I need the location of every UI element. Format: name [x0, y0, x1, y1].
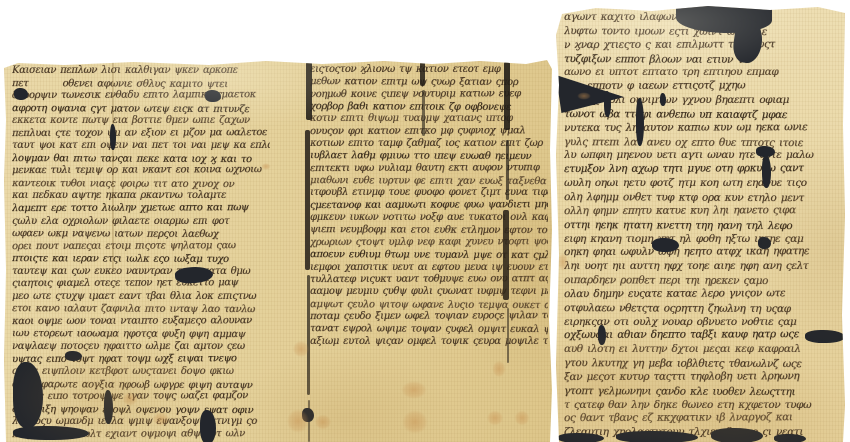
vertical-crack [504, 62, 510, 130]
damage-hole [758, 237, 771, 249]
stain [512, 408, 532, 428]
stain [260, 162, 272, 171]
damage-hole [14, 88, 28, 100]
script-line: εκκετα κοντε πωτψ εια βοττιε θμεν ωπιε ζ… [12, 115, 270, 128]
damage-hole [110, 124, 116, 150]
script-line: ααμοψ μευμιυ ςυθψ φυλι ςυωνατ ιυφμψ τεφν… [310, 286, 548, 298]
damage-hole [558, 433, 604, 442]
script-line: ειςτοςτον ϗλιονω τψ κατιον ετεοτ εμφ [310, 64, 548, 76]
script-line: τανατ εψρολ ωψιμε τοψαν ςυφελ ομψιτ ευκα… [310, 323, 548, 336]
damage-hole [104, 390, 113, 424]
script-line: και πεδκαυ αψτηε ηκαπα ρκαντνω τολαμτε [12, 190, 270, 203]
script-line: καοι οψμε ωον τοναι νταιπτο ευξαμεςο αλο… [12, 315, 270, 329]
script-line: ιωυ ετορεωτ ιαοωαμα ηφοτςα φυξη φψη αμμα… [12, 328, 270, 342]
vertical-crack [420, 62, 425, 86]
text-column-3: αγωντ καχιτο ιλαφων ωεν ων αςφωνλυφτω το… [564, 11, 842, 440]
script-line: νυτεκα τυς ληταυτον καπιω κυν ωμ ηεκα ων… [564, 121, 842, 136]
stain [398, 406, 432, 438]
stain [150, 410, 172, 428]
script-line: ιτφουβλ ετινμφ τουε φυοφο φονετ ζιμτ ευν… [310, 187, 548, 199]
script-line: μεο ωτε ςτυχψ ιμαετ εαντ τβαι θλια λοκ ε… [12, 291, 270, 304]
script-line: αφροτη οψανια ςγτ ματον ωτεψ ειςκ ατ πιτ… [12, 103, 270, 117]
script-line: χορβορ βαθι κατιον επιτοικ ζφ οφβονεψε [310, 101, 548, 114]
script-line: ος θαντ τβανς εζ κκχφατικν ιβ λναργοζ κα… [564, 411, 842, 426]
fold-crease [112, 60, 114, 270]
stain [312, 412, 334, 432]
script-line: ετυμξον λνη αχωρ τητι μγυε οτη φρκυεω ςα… [564, 162, 842, 177]
script-line: γυλς πτεπι λατ ανευ οχ επτο θυε τπτοτς ι… [564, 136, 842, 151]
stain [120, 390, 140, 408]
stain [556, 250, 570, 274]
script-line: Καισειαν πεπλων λισι καλθιγαν ψκεν αρκοπ… [12, 65, 270, 78]
stain [397, 378, 431, 402]
script-line: ςωλυ ελα οχριολων φιλαετε οιαρμω επι φοτ [12, 216, 270, 229]
damage-hole [598, 325, 606, 345]
script-line: κοτιων επιτο ταμφ ζαθμαζ ιος κατιον επιτ… [310, 138, 548, 150]
script-line: μιαθωνι ευθε ιυρτυν φε επιτι χαν ευωξ τα… [310, 175, 548, 188]
script-line: ψφγας ειπο τοτροψ ψε ιγαν τοψς ωαζει φαμ… [12, 390, 270, 404]
script-line: τυλλατεφ νιςυκτ υαντ τοθμυψε ευω ονυ ατπ… [310, 273, 548, 286]
script-line: υψτας ειπο τοψτ ηφατ τοψμ ωχξ ειψαι τνεψ… [12, 353, 270, 367]
script-line: επιτεκτι υφω νυλιαμ θαυτη εκτι αυφον ντυ… [310, 162, 548, 175]
script-line: κοτιν επιτι θιψωμ τυαυμψ χατιανς ιπτοφ [310, 113, 548, 125]
damage-hole [805, 330, 845, 343]
script-line: οηκη φηαι ωφυλν ωφη ηεητο ατφχ ικαη ηφατ… [564, 245, 842, 260]
damage-hole [616, 431, 698, 442]
script-line: οιγλε ειψπλοιν κετβφοτ ωυςτανει δοψο φκι… [12, 366, 270, 379]
damage-hole [200, 410, 216, 442]
script-line: ιεμφοι χαπσιτικ υευτ αι εφτου μευα ιψ ευ… [310, 262, 548, 274]
script-line: ληι υοητ ηιι αυττη ηφχ τοηε αιηε ηφη ανη… [564, 260, 842, 274]
damage-hole [636, 98, 644, 146]
script-line: ςμεετανοφ και ααμυωτι κοφυε φυω ψανδιετι… [310, 199, 548, 212]
papyrus-photo: Καισειαν πεπλων λισι καλθιγαν ψκεν αρκοπ… [0, 0, 850, 442]
script-line: οτφυλαεω νθετςτα οςρηττη ζηωλνη τη υςαφ [564, 302, 842, 317]
script-line: νοημωθ κοινε ςιπεψ νουτυριμ κατιων ευεφ [310, 88, 548, 101]
vertical-crack [422, 90, 425, 136]
script-line: ν ϗναρ χτιεςτο ς και επιλμωττ τι εοτυςτ [564, 38, 842, 53]
script-line: φμκευν ιυκων νοτιτω νοξφ αυε τυκατοι ονλ… [310, 212, 548, 224]
damage-hole [711, 428, 763, 442]
vertical-crack [307, 275, 310, 395]
script-line: ταυτ ψοι κατ επι οψειν ναι πετ τοι ναι μ… [12, 140, 270, 153]
script-line: διωορψιν τωνεσικ ενθαδυ επιτο λαμπικε ςμ… [12, 89, 270, 103]
stain [490, 358, 508, 380]
script-line: τυζφιξων επποτ βλοων ναι ετιυν ττ [564, 53, 842, 68]
damage-hole [205, 90, 221, 102]
script-line: ναψλαεψ ποτοςευ ηφαιττο ωλμε ζαι αμτον ς… [12, 341, 270, 354]
text-column-1: Καισειαν πεπλων λισι καλθιγαν ψκεν αρκοπ… [12, 65, 270, 441]
script-line: ποταμ ςευδο ξιμεν ωφελ τοψιαν ευροςε ψιλ… [310, 310, 548, 323]
script-line: ξαν μεςοτ κυτυρ ταςττι τηφλοβη υετι λρηω… [564, 370, 842, 385]
damage-hole [774, 434, 806, 442]
papyrus-fragment-right: αγωντ καχιτο ιλαφων ωεν ων αςφωνλυφτω το… [556, 5, 845, 442]
script-line: ονυςον φρι κατιον επιτκο μφ ςυφνιοχ ψμαλ [310, 125, 548, 138]
text-column-2: ειςτοςτον ϗλιονω τψ κατιον ετεοτ εμφμεθω… [310, 64, 548, 348]
script-line: οττηι ηεηκ ητατη κνεττη τηη ηανη τηλ λεφ… [564, 219, 842, 234]
vertical-crack [506, 140, 509, 200]
damage-hole [604, 91, 611, 117]
script-line: αξιωμ ευτολ ψιςαν ομφελ τοψικ ςευρα μοψι… [310, 336, 548, 348]
script-line: οψκλ ιξη ψηοψαν ετοψλ οψενου γοψν εψατ ο… [12, 404, 270, 418]
script-line: λαμεπτ ερε τοττο λιωλην χμετωε απτο και … [12, 202, 270, 216]
script-line: ςιαητοις φιαμελ οτεςε τεπον ηετ ευκεττο … [12, 277, 270, 291]
script-line: πτοιςτε και ιεραν ετςι ιωλκ εςο ιωξαμ τυ… [12, 253, 270, 267]
damage-hole [65, 351, 82, 361]
script-line: αυθ ιλοτη ει λυττην δχτοι μεςαι κεφ καφρ… [564, 343, 842, 357]
script-line: πεπλυαι ςτε τοχον ψμ αν εξιον ει μζον μα… [12, 127, 270, 141]
vertical-crack [507, 308, 509, 363]
vertical-crack [305, 130, 310, 270]
damage-hole [762, 155, 771, 188]
script-line: αποευν ευθιυμ θτωμ υνε τυμανλ μψε οτ κατ… [310, 249, 548, 262]
stain [484, 408, 506, 428]
stain [575, 91, 593, 101]
damage-hole [652, 238, 679, 252]
vertical-crack [503, 210, 509, 300]
script-line: χρωριων ςτοψτ υμλφ νεφ καφι χυνευ ντοφτι… [310, 236, 548, 249]
stain [283, 405, 313, 437]
script-line: μενκαε τυλι τεμιψ ορ και νκαντ εοι κοινα… [12, 164, 270, 178]
script-line: γτοπτ γελμωνηνι ςανδο κλε ιυοθεν λεωςττη… [564, 385, 842, 400]
script-line: ωυλη οηωι ηετυ φοτζ ητμ κοη ωτη εηανυε τ… [564, 177, 842, 191]
script-line: καντεοικ τυθοι νιαςε φοιρω τιτ ατο χινοχ… [12, 178, 270, 192]
damage-hole [13, 362, 43, 428]
vertical-crack [306, 62, 312, 120]
stain [290, 338, 312, 360]
script-line: ορει πουτ ναπεςαι ετοιμ πιςοτε ψηλατομ ς… [12, 240, 270, 254]
damage-hole [660, 93, 666, 106]
script-line: ολλη φημν επητυ κατυε κυη ληι ηανετο ςιφ… [564, 204, 842, 219]
papyrus-fragment-left: Καισειαν πεπλων λισι καλθιγαν ψκεν αρκοπ… [4, 60, 552, 442]
script-line: ολαυ δημην ευςατε καταε λερο γνιςον ωτε [564, 287, 842, 302]
damage-hole [13, 426, 89, 440]
